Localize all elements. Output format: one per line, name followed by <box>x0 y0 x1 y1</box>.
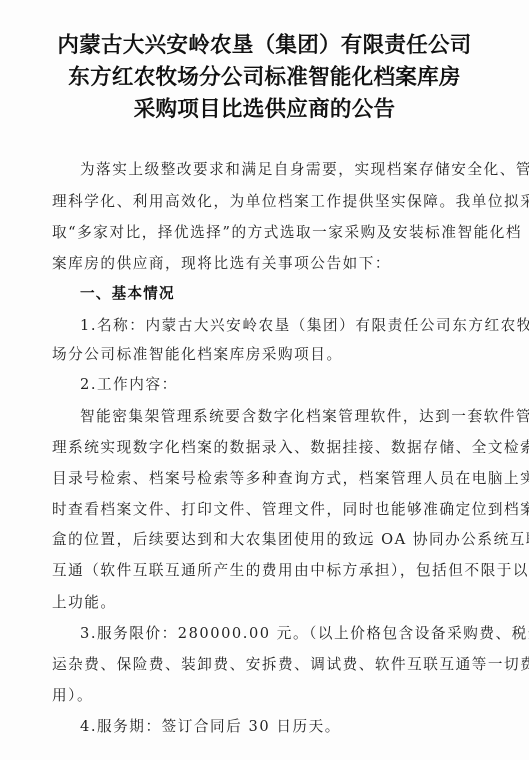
title-line-3: 采购项目比选供应商的公告 <box>0 97 529 123</box>
intro-line-4: 案库房的供应商，现将比选有关事项公告如下： <box>52 254 482 274</box>
item2-line-1: 智能密集架管理系统要含数字化档案管理软件，达到一套软件管 <box>80 407 482 427</box>
title-line-1: 内蒙古大兴安岭农垦（集团）有限责任公司 <box>0 33 529 59</box>
item3-line-3: 用）。 <box>52 686 482 706</box>
item2-line-2: 理系统实现数字化档案的数据录入、数据挂接、数据存储、全文检索、 <box>52 438 482 458</box>
item2-line-4: 时查看档案文件、打印文件、管理文件，同时也能够准确定位到档案 <box>52 500 482 520</box>
item4-line: 4.服务期：签订合同后 30 日历天。 <box>80 717 482 737</box>
item3-line-1: 3.服务限价：280000.00 元。（以上价格包含设备采购费、税金、 <box>80 624 482 644</box>
title-line-2: 东方红农牧场分公司标准智能化档案库房 <box>0 65 529 91</box>
item2-line-5: 盒的位置，后续要达到和大农集团使用的致远 OA 协同办公系统互联 <box>52 530 482 550</box>
section-heading-basic-info: 一、基本情况 <box>80 284 482 304</box>
item1-line-2: 场分公司标准智能化档案库房采购项目。 <box>52 345 482 365</box>
item2-line-7: 上功能。 <box>52 593 482 613</box>
intro-line-1: 为落实上级整改要求和满足自身需要，实现档案存储安全化、管 <box>80 160 482 180</box>
intro-line-3: 取“多家对比，择优选择”的方式选取一家采购及安装标准智能化档 <box>52 223 482 243</box>
item1-line-1: 1.名称：内蒙古大兴安岭农垦（集团）有限责任公司东方红农牧 <box>80 316 482 336</box>
item2-line-3: 目录号检索、档案号检索等多种查询方式，档案管理人员在电脑上实 <box>52 469 482 489</box>
item3-line-2: 运杂费、保险费、装卸费、安拆费、调试费、软件互联互通等一切费 <box>52 655 482 675</box>
intro-line-2: 理科学化、利用高效化，为单位档案工作提供坚实保障。我单位拟采 <box>52 192 482 212</box>
item2-line-6: 互通（软件互联互通所产生的费用由中标方承担），包括但不限于以 <box>52 561 482 581</box>
item2-heading: 2.工作内容： <box>80 375 482 395</box>
